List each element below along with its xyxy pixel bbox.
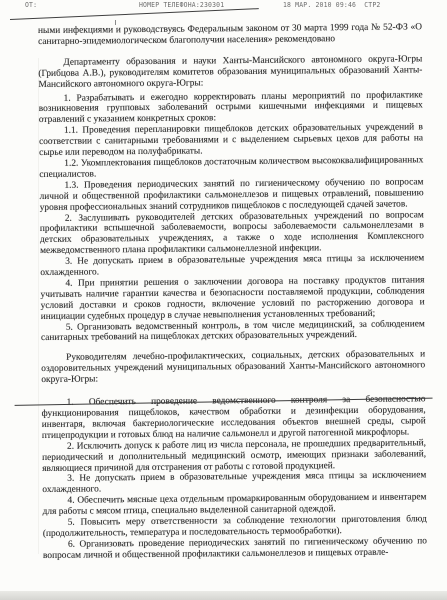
paragraph: 1. Разрабатывать и ежегодно корректирова… bbox=[39, 90, 423, 126]
scanner-edge-band bbox=[0, 591, 447, 600]
scanned-fax-page: ОТ: НОМЕР ТЕЛЕФОНА:230301 18 МАР. 2010 0… bbox=[0, 0, 447, 600]
fax-from-label: ОТ: bbox=[25, 1, 37, 9]
fax-separator-line bbox=[10, 8, 259, 20]
paragraph: ными инфекциями и руководствуясь Федерал… bbox=[38, 22, 422, 47]
paragraph: 1.1. Проведения перепланировки пищеблоко… bbox=[39, 123, 423, 159]
paragraph: Департаменту образования и науки Ханты-М… bbox=[38, 54, 422, 90]
paragraph: 2. Исключить допуск к работе лиц из числ… bbox=[42, 438, 426, 474]
fax-datetime-page-label: 18 МАР. 2010 09:46 СТР2 bbox=[283, 1, 380, 9]
strikethrough-mark bbox=[15, 398, 433, 406]
paragraph: 6. Организовать проведение периодических… bbox=[43, 536, 427, 561]
paragraph: 1.3. Проведения периодических занятий по… bbox=[39, 177, 423, 213]
paragraph: 4. При принятии решения о заключении дог… bbox=[40, 275, 424, 322]
paragraph: Руководителям лечебно-профилактических, … bbox=[41, 350, 425, 386]
document-body-text: ными инфекциями и руководствуясь Федерал… bbox=[38, 22, 427, 561]
scan-tick-mark bbox=[115, 20, 116, 25]
paragraph: 5. Организовать ведомственный контроль, … bbox=[41, 319, 425, 344]
fax-phone-label: НОМЕР ТЕЛЕФОНА:230301 bbox=[139, 1, 224, 9]
paragraph: 1. Обеспечить проведение ведомственного … bbox=[42, 394, 426, 441]
paragraph: 2. Заслушивать руководителей детских обр… bbox=[40, 210, 424, 257]
